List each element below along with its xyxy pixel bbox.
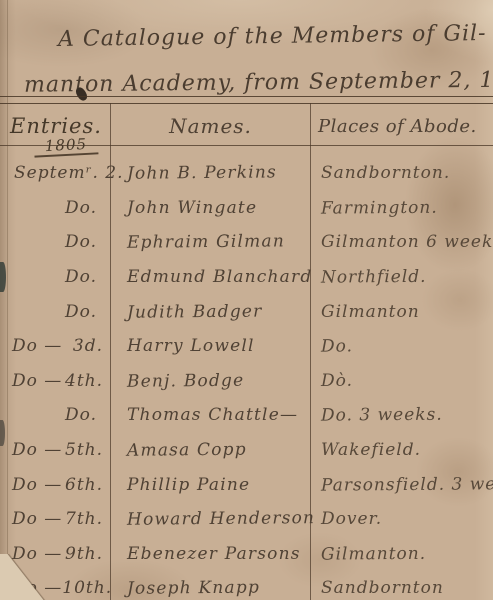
place-cell: Gilmanton — [311, 302, 493, 322]
column-header-names: Names. — [111, 108, 310, 144]
name-cell: Ebenezer Parsons — [111, 544, 311, 564]
entry-cell: Do. — [0, 267, 111, 287]
name-cell: Judith Badger — [111, 301, 311, 323]
table-row: Do —3d.Harry LowellDo. — [0, 329, 493, 364]
table-row: Do —7th.Howard HendersonDover. — [0, 502, 493, 537]
entry-cell: Do —3d. — [0, 336, 111, 356]
entry-cell: Do. — [0, 198, 111, 218]
entry-cell: Do —5th. — [0, 440, 111, 460]
table-row: Do.Edmund BlanchardNorthfield. — [0, 260, 493, 295]
entry-cell: Do. — [0, 302, 111, 322]
name-cell: Phillip Paine — [111, 475, 311, 495]
table-row: Do —6th.Phillip PaineParsonsfield. 3 wee — [0, 467, 493, 502]
entry-cell: Do. — [0, 232, 111, 252]
edge-stain-top — [0, 262, 6, 292]
table-row: Do —9th.Ebenezer ParsonsGilmanton. — [0, 537, 493, 572]
table-row: Do.Ephraim GilmanGilmanton 6 week — [0, 225, 493, 260]
column-header-places: Places of Abode. — [318, 108, 493, 144]
entry-cell: Septemʳ. 2. — [0, 163, 111, 183]
place-cell: Northfield. — [311, 266, 493, 287]
name-cell: Thomas Chattle— — [111, 405, 311, 425]
table-row: Do —10th.Joseph KnappSandbornton — [0, 571, 493, 600]
table-rows: Septemʳ. 2.John B. PerkinsSandbornton.Do… — [0, 156, 493, 600]
entry-cell: Do —4th. — [0, 371, 111, 391]
manuscript-page: A Catalogue of the Members of Gil- manto… — [0, 0, 493, 600]
table-row: Do.John WingateFarmington. — [0, 191, 493, 226]
table-row: Do —5th.Amasa CoppWakefield. — [0, 433, 493, 468]
page-title-line-2: manton Academy, from September 2, 1805. — [24, 67, 493, 97]
page-title-line-1: A Catalogue of the Members of Gil- — [58, 21, 487, 52]
name-cell: John B. Perkins — [111, 162, 311, 184]
name-cell: Amasa Copp — [111, 439, 311, 461]
name-cell: Ephraim Gilman — [111, 232, 311, 254]
table-row: Do —4th.Benj. BodgeDò. — [0, 364, 493, 399]
entry-cell: Do. — [0, 405, 111, 425]
place-cell: Sandbornton — [311, 578, 493, 598]
place-cell: Dò. — [311, 371, 493, 391]
name-cell: John Wingate — [111, 198, 311, 218]
place-cell: Farmington. — [311, 197, 493, 218]
name-cell: Howard Henderson — [111, 508, 311, 530]
entry-cell: Do —7th. — [0, 509, 111, 529]
entry-cell: Do —6th. — [0, 475, 111, 495]
table-row: Septemʳ. 2.John B. PerkinsSandbornton. — [0, 156, 493, 191]
place-cell: Parsonsfield. 3 wee — [311, 474, 493, 495]
name-cell: Joseph Knapp — [111, 578, 311, 600]
place-cell: Do. 3 weeks. — [311, 405, 493, 426]
place-cell: Wakefield. — [311, 440, 493, 460]
table-row: Do.Judith BadgerGilmanton — [0, 294, 493, 329]
table-top-rule-outer — [0, 96, 493, 97]
edge-stain-bottom — [0, 420, 5, 446]
table-top-rule-inner — [0, 103, 493, 104]
place-cell: Gilmanton 6 week — [311, 232, 493, 252]
folded-corner — [0, 554, 52, 600]
name-cell: Edmund Blanchard — [111, 267, 311, 287]
place-cell: Dover. — [311, 509, 493, 529]
place-cell: Do. — [311, 336, 493, 357]
name-cell: Harry Lowell — [111, 336, 311, 356]
year-heading: 1805 — [34, 134, 99, 157]
name-cell: Benj. Bodge — [111, 370, 311, 392]
place-cell: Gilmanton. — [311, 543, 493, 564]
place-cell: Sandbornton. — [311, 163, 493, 183]
table-row: Do.Thomas Chattle—Do. 3 weeks. — [0, 398, 493, 433]
